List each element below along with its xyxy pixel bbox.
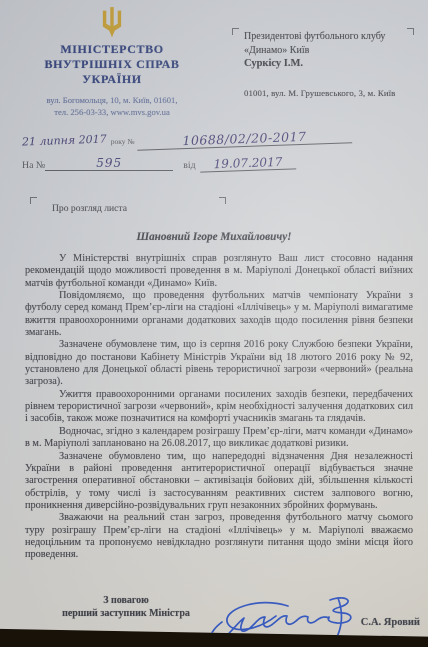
ministry-name: МІНІСТЕРСТВО ВНУТРІШНІХ СПРАВ УКРАЇНИ <box>28 42 196 87</box>
paragraph: Зазначене обумовлено тим, що напередодні… <box>25 451 413 513</box>
corner-mark-right-icon <box>407 28 414 35</box>
paragraph: Зазначене обумовлене тим, що із серпня 2… <box>25 339 413 388</box>
paragraph: Водночас, згідно з календарем розіграшу … <box>25 426 413 451</box>
ministry-name-line2: ВНУТРІШНІХ СПРАВ <box>28 57 196 72</box>
paragraph: Зважаючи на реальний стан загроз, провед… <box>25 512 413 561</box>
subject-text: Про розгляд листа <box>30 197 226 214</box>
paragraph: Ужиття правоохоронними органами посилени… <box>25 389 413 426</box>
ministry-address-line1: вул. Богомольця, 10, м. Київ, 01601, <box>28 95 196 107</box>
reply-number-label: На № <box>22 160 45 171</box>
ministry-address-line2: тел. 256-03-33, www.mvs.gov.ua <box>28 107 196 119</box>
letter-body: У Міністерстві внутрішніх справ розгляну… <box>25 253 413 562</box>
paragraph: Повідомляємо, що проведення футбольних м… <box>25 290 413 339</box>
subject-corner-right-icon <box>219 197 226 204</box>
reply-date-handwritten: 19.07.2017 <box>199 154 295 172</box>
registration-block: 21 липня 2017 року № 10688/02/20-2017 На… <box>22 131 412 171</box>
letterhead: МІНІСТЕРСТВО ВНУТРІШНІХ СПРАВ УКРАЇНИ ву… <box>28 6 196 118</box>
addressee-line1: Президентові футбольного клубу <box>244 30 404 44</box>
addressee-name: Суркісу І.М. <box>244 57 404 71</box>
corner-mark-left-icon <box>232 28 239 35</box>
ministry-name-line3: УКРАЇНИ <box>28 72 196 87</box>
scanned-letter-page: МІНІСТЕРСТВО ВНУТРІШНІХ СПРАВ УКРАЇНИ ву… <box>0 0 428 647</box>
addressee-block: Президентові футбольного клубу «Динамо» … <box>232 28 414 100</box>
reply-from-label: від <box>183 160 195 171</box>
ministry-name-line1: МІНІСТЕРСТВО <box>28 42 196 57</box>
handwritten-signature <box>192 592 364 644</box>
subject-corner-left-icon <box>30 197 37 204</box>
date-suffix-label: року № <box>111 137 135 146</box>
signer-name: С.А. Яровий <box>361 617 420 628</box>
greeting: Шановний Ігоре Михайловичу! <box>0 231 428 243</box>
addressee-address: 01001, вул. М. Грушевського, 3, м. Київ <box>244 87 404 101</box>
ministry-address: вул. Богомольця, 10, м. Київ, 01601, тел… <box>28 95 196 118</box>
reply-number-handwritten: 595 <box>45 156 173 171</box>
subject-block: Про розгляд листа <box>30 197 226 214</box>
outgoing-number-handwritten: 10688/02/20-2017 <box>136 127 351 150</box>
outgoing-date-handwritten: 21 липня 2017 <box>22 133 107 149</box>
paragraph: У Міністерстві внутрішніх справ розгляну… <box>25 253 413 290</box>
addressee-line2: «Динамо» Київ <box>244 44 404 58</box>
ukraine-trident-emblem-icon <box>100 6 124 38</box>
